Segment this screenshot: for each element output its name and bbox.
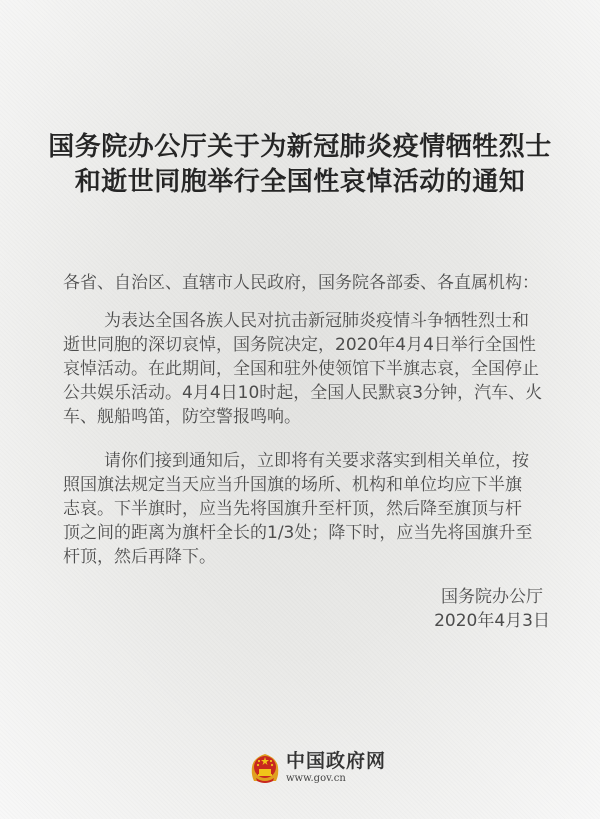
- national-emblem-icon: [250, 751, 280, 785]
- signature-block: 国务院办公厅 2020年4月3日: [434, 585, 550, 633]
- footer-site-name: 中国政府网: [286, 750, 386, 772]
- signature-issuer: 国务院办公厅: [434, 585, 550, 609]
- paragraph-mourning: 为表达全国各族人民对抗击新冠肺炎疫情斗争牺牲烈士和 逝世同胞的深切哀悼，国务院决…: [63, 309, 543, 429]
- title-line-1: 国务院办公厅关于为新冠肺炎疫情牺牲烈士: [0, 130, 600, 165]
- paragraph-line: 杆顶，然后再降下。: [63, 545, 543, 569]
- paragraph-line: 逝世同胞的深切哀悼，国务院决定，2020年4月4日举行全国性: [63, 333, 543, 357]
- paragraph-line: 顶之间的距离为旗杆全长的1/3处；降下时，应当先将国旗升至: [63, 521, 543, 545]
- salutation-text: 各省、自治区、直辖市人民政府，国务院各部委、各直属机构：: [63, 271, 543, 295]
- salutation: 各省、自治区、直辖市人民政府，国务院各部委、各直属机构：: [63, 271, 543, 295]
- paragraph-line: 请你们接到通知后，立即将有关要求落实到相关单位，按: [63, 449, 543, 473]
- paragraph-flag-instructions: 请你们接到通知后，立即将有关要求落实到相关单位，按 照国旗法规定当天应当升国旗的…: [63, 449, 543, 569]
- footer-url: www.gov.cn: [286, 773, 386, 785]
- paragraph-line: 志哀。下半旗时，应当先将国旗升至杆顶，然后降至旗顶与杆: [63, 497, 543, 521]
- paragraph-line: 为表达全国各族人民对抗击新冠肺炎疫情斗争牺牲烈士和: [63, 309, 543, 333]
- title-line-2: 和逝世同胞举行全国性哀悼活动的通知: [0, 165, 600, 200]
- document-title: 国务院办公厅关于为新冠肺炎疫情牺牲烈士 和逝世同胞举行全国性哀悼活动的通知: [0, 130, 600, 200]
- paragraph-line: 哀悼活动。在此期间，全国和驻外使领馆下半旗志哀，全国停止: [63, 357, 543, 381]
- footer-logo: 中国政府网 www.gov.cn: [250, 750, 386, 785]
- paragraph-line: 车、舰船鸣笛，防空警报鸣响。: [63, 405, 543, 429]
- signature-date: 2020年4月3日: [434, 609, 550, 633]
- paragraph-line: 照国旗法规定当天应当升国旗的场所、机构和单位均应下半旗: [63, 473, 543, 497]
- paragraph-line: 公共娱乐活动。4月4日10时起，全国人民默哀3分钟，汽车、火: [63, 381, 543, 405]
